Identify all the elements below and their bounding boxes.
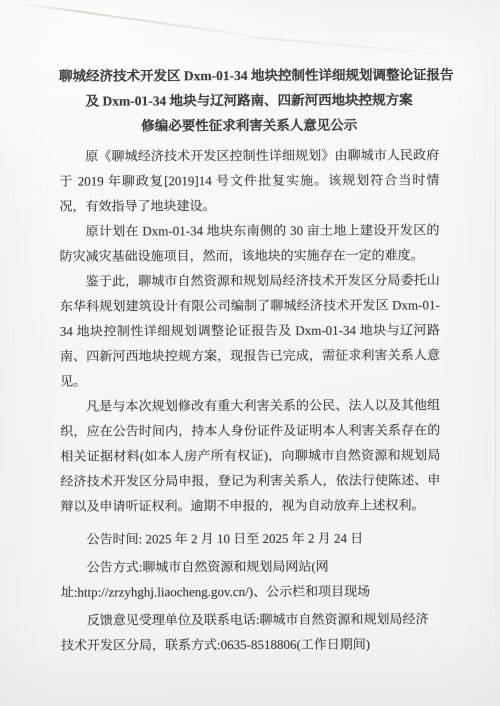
paragraph-stakeholder-rights: 凡是与本次规划修改有重大利害关系的公民、法人以及其他组织，应在公告时间内，持本人… — [60, 392, 440, 518]
document-body: 原《聊城经济技术开发区控制性详细规划》由聊城市人民政府于 2019 年聊政复[2… — [59, 142, 441, 657]
document-title: 聊城经济技术开发区 Dxm-01-34 地块控制性详细规划调整论证报告 及 Dx… — [59, 62, 439, 138]
announcement-method-line: 公告方式:聊城市自然资源和规划局网站(网址:http://zrzyhghj.li… — [61, 553, 441, 604]
scan-crease-line — [18, 2, 256, 37]
feedback-contact-line: 反馈意见受理单位及联系电话:聊城市自然资源和规划局经济技术开发区分局，联系方式:… — [61, 606, 441, 657]
title-line-1: 聊城经济技术开发区 Dxm-01-34 地块控制性详细规划调整论证报告 — [59, 62, 439, 88]
document-content: 聊城经济技术开发区 Dxm-01-34 地块控制性详细规划调整论证报告 及 Dx… — [59, 62, 441, 657]
scanned-document-page: 聊城经济技术开发区 Dxm-01-34 地块控制性详细规划调整论证报告 及 Dx… — [0, 0, 500, 706]
title-line-2: 及 Dxm-01-34 地块与辽河路南、四新河西地块控规方案 — [59, 87, 439, 113]
scan-crease-line — [250, 36, 474, 57]
title-line-3: 修编必要性征求利害关系人意见公示 — [59, 112, 439, 138]
paragraph-plan-origin: 原《聊城经济技术开发区控制性详细规划》由聊城市人民政府于 2019 年聊政复[2… — [59, 142, 439, 218]
paragraph-commission: 鉴于此，聊城市自然资源和规划局经济技术开发区分局委托山东华科规划建筑设计有限公司… — [60, 267, 440, 393]
announcement-time-line: 公告时间: 2025 年 2 月 10 日至 2025 年 2 月 24 日 — [61, 525, 441, 551]
paragraph-original-plan: 原计划在 Dxm-01-34 地块东南侧的 30 亩土地上建设开发区的防灾减灾基… — [60, 217, 440, 268]
scan-edge-shadow — [495, 60, 497, 666]
